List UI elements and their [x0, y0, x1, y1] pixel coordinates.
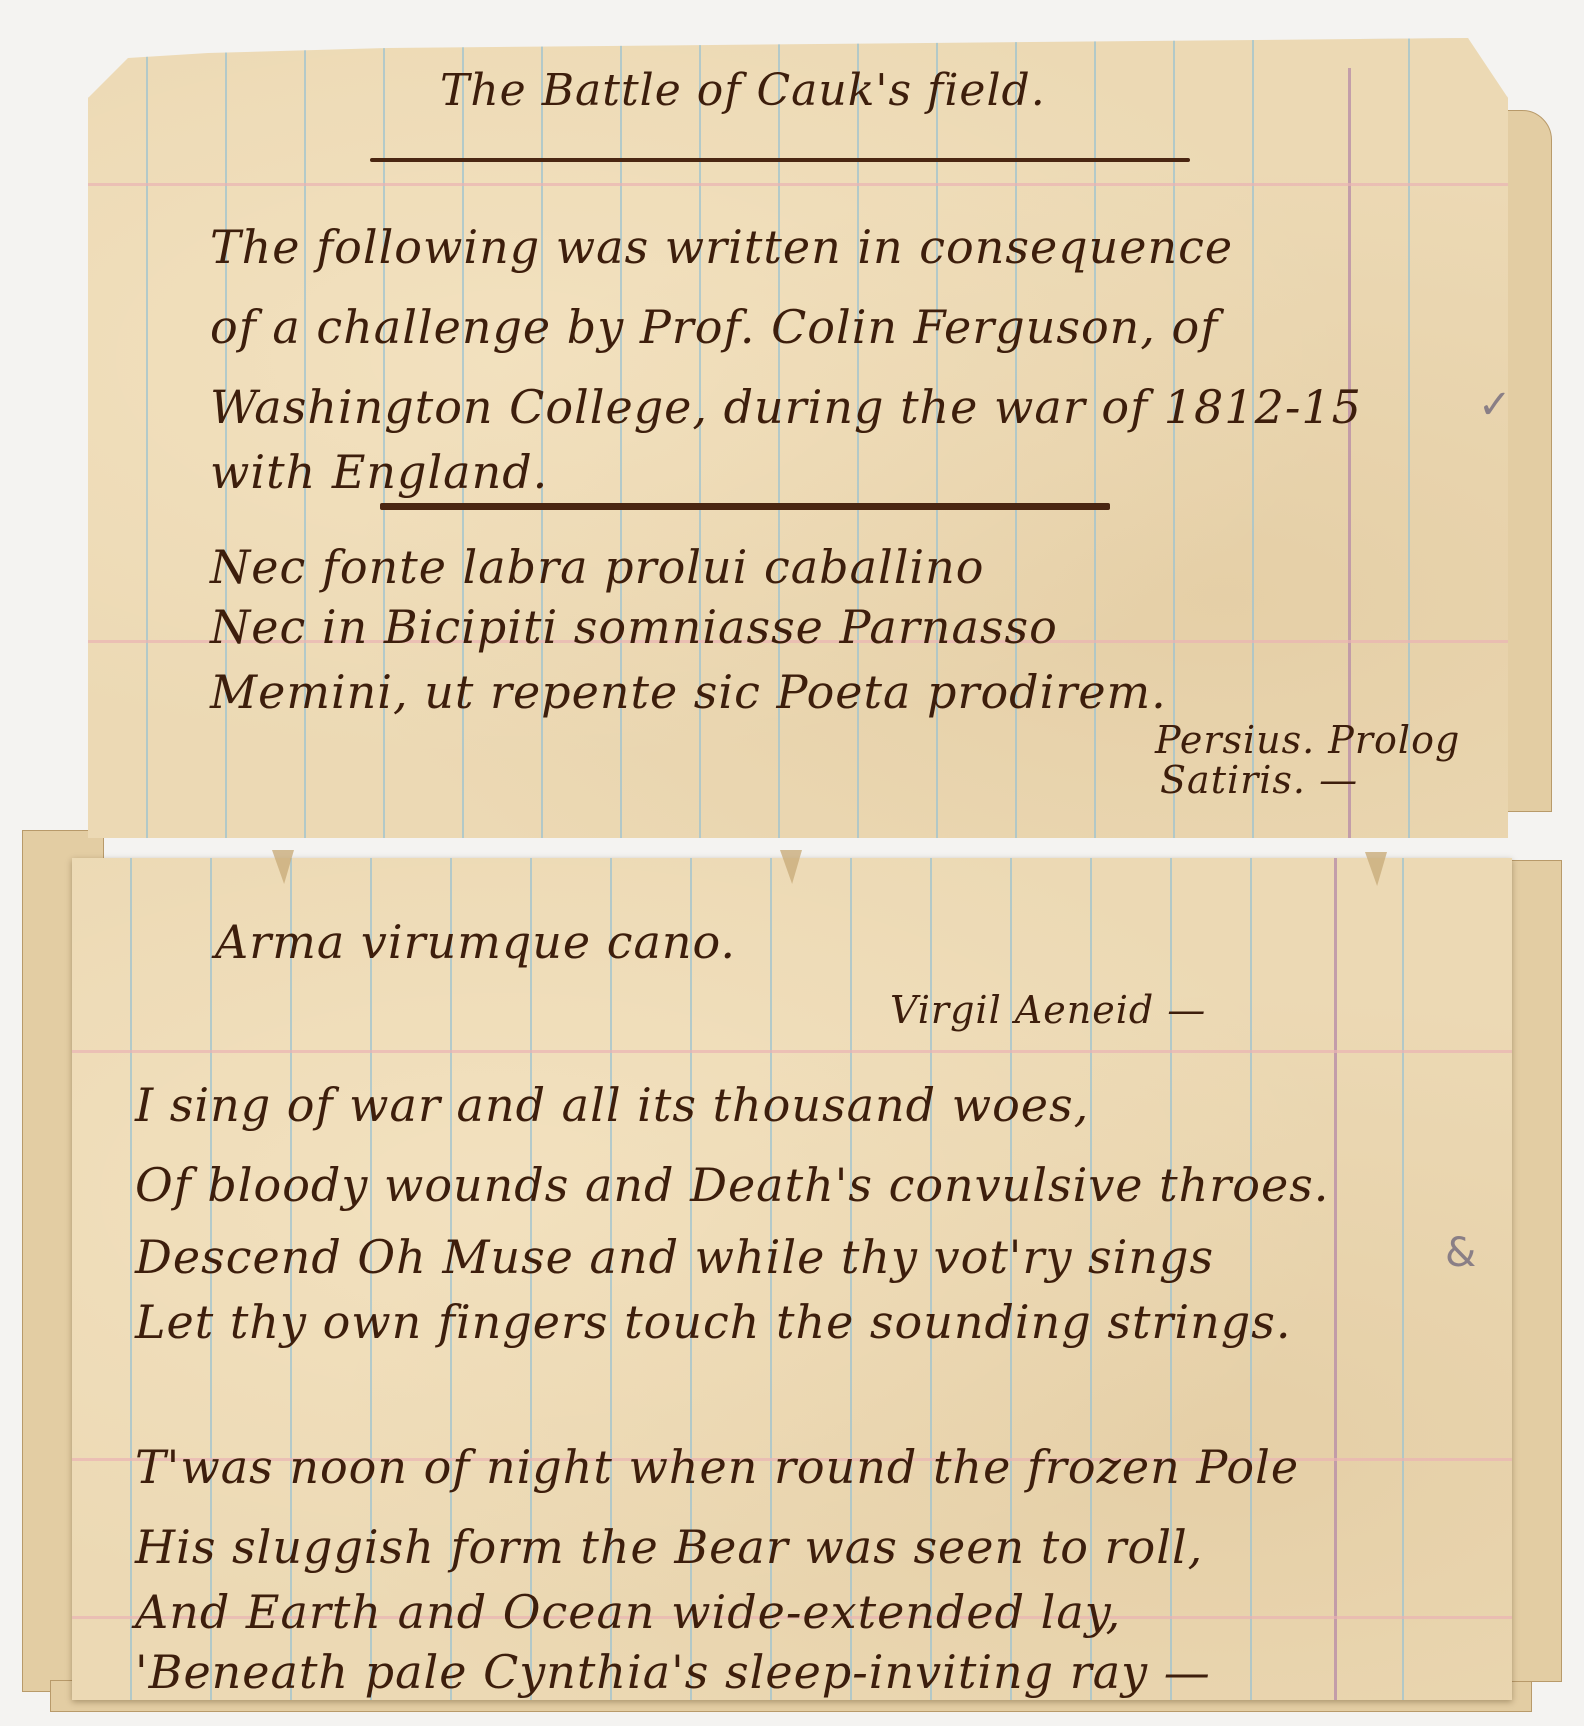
poem-stanza1-line-1: I sing of war and all its thousand woes, — [135, 1078, 1089, 1132]
poem-stanza1-line-4: Let thy own fingers touch the sounding s… — [135, 1295, 1291, 1349]
poem-stanza1-line-2: Of bloody wounds and Death's convulsive … — [135, 1158, 1329, 1212]
intro-line-2: of a challenge by Prof. Colin Ferguson, … — [210, 300, 1218, 354]
poem-stanza2-line-4: 'Beneath pale Cynthia's sleep-inviting r… — [135, 1645, 1211, 1699]
manuscript-title: The Battle of Cauk's field. — [440, 65, 1046, 116]
persius-attribution-line-2: Satiris. — — [1160, 758, 1358, 802]
pencil-check-mark: ✓ — [1478, 382, 1512, 428]
virgil-epigraph: Arma virumque cano. — [215, 915, 736, 969]
intro-line-3: Washington College, during the war of 18… — [210, 380, 1362, 434]
section-divider — [380, 503, 1110, 510]
virgil-attribution: Virgil Aeneid — — [890, 988, 1206, 1032]
poem-stanza2-line-3: And Earth and Ocean wide-extended lay, — [135, 1585, 1121, 1639]
poem-stanza2-line-1: T'was noon of night when round the froze… — [135, 1440, 1299, 1494]
poem-stanza1-line-3: Descend Oh Muse and while thy vot'ry sin… — [135, 1230, 1214, 1284]
intro-line-4: with England. — [210, 445, 548, 499]
margin-line — [1334, 858, 1337, 1700]
poem-stanza2-line-2: His sluggish form the Bear was seen to r… — [135, 1520, 1203, 1574]
persius-attribution-line-1: Persius. Prolog — [1155, 718, 1460, 762]
latin-epigraph-line-2: Nec in Bicipiti somniasse Parnasso — [210, 600, 1058, 654]
pencil-ampersand-mark: & — [1445, 1230, 1476, 1276]
latin-epigraph-line-3: Memini, ut repente sic Poeta prodirem. — [210, 665, 1167, 719]
latin-epigraph-line-1: Nec fonte labra prolui caballino — [210, 540, 984, 594]
intro-line-1: The following was written in consequence — [210, 220, 1233, 274]
title-underline — [370, 158, 1190, 162]
